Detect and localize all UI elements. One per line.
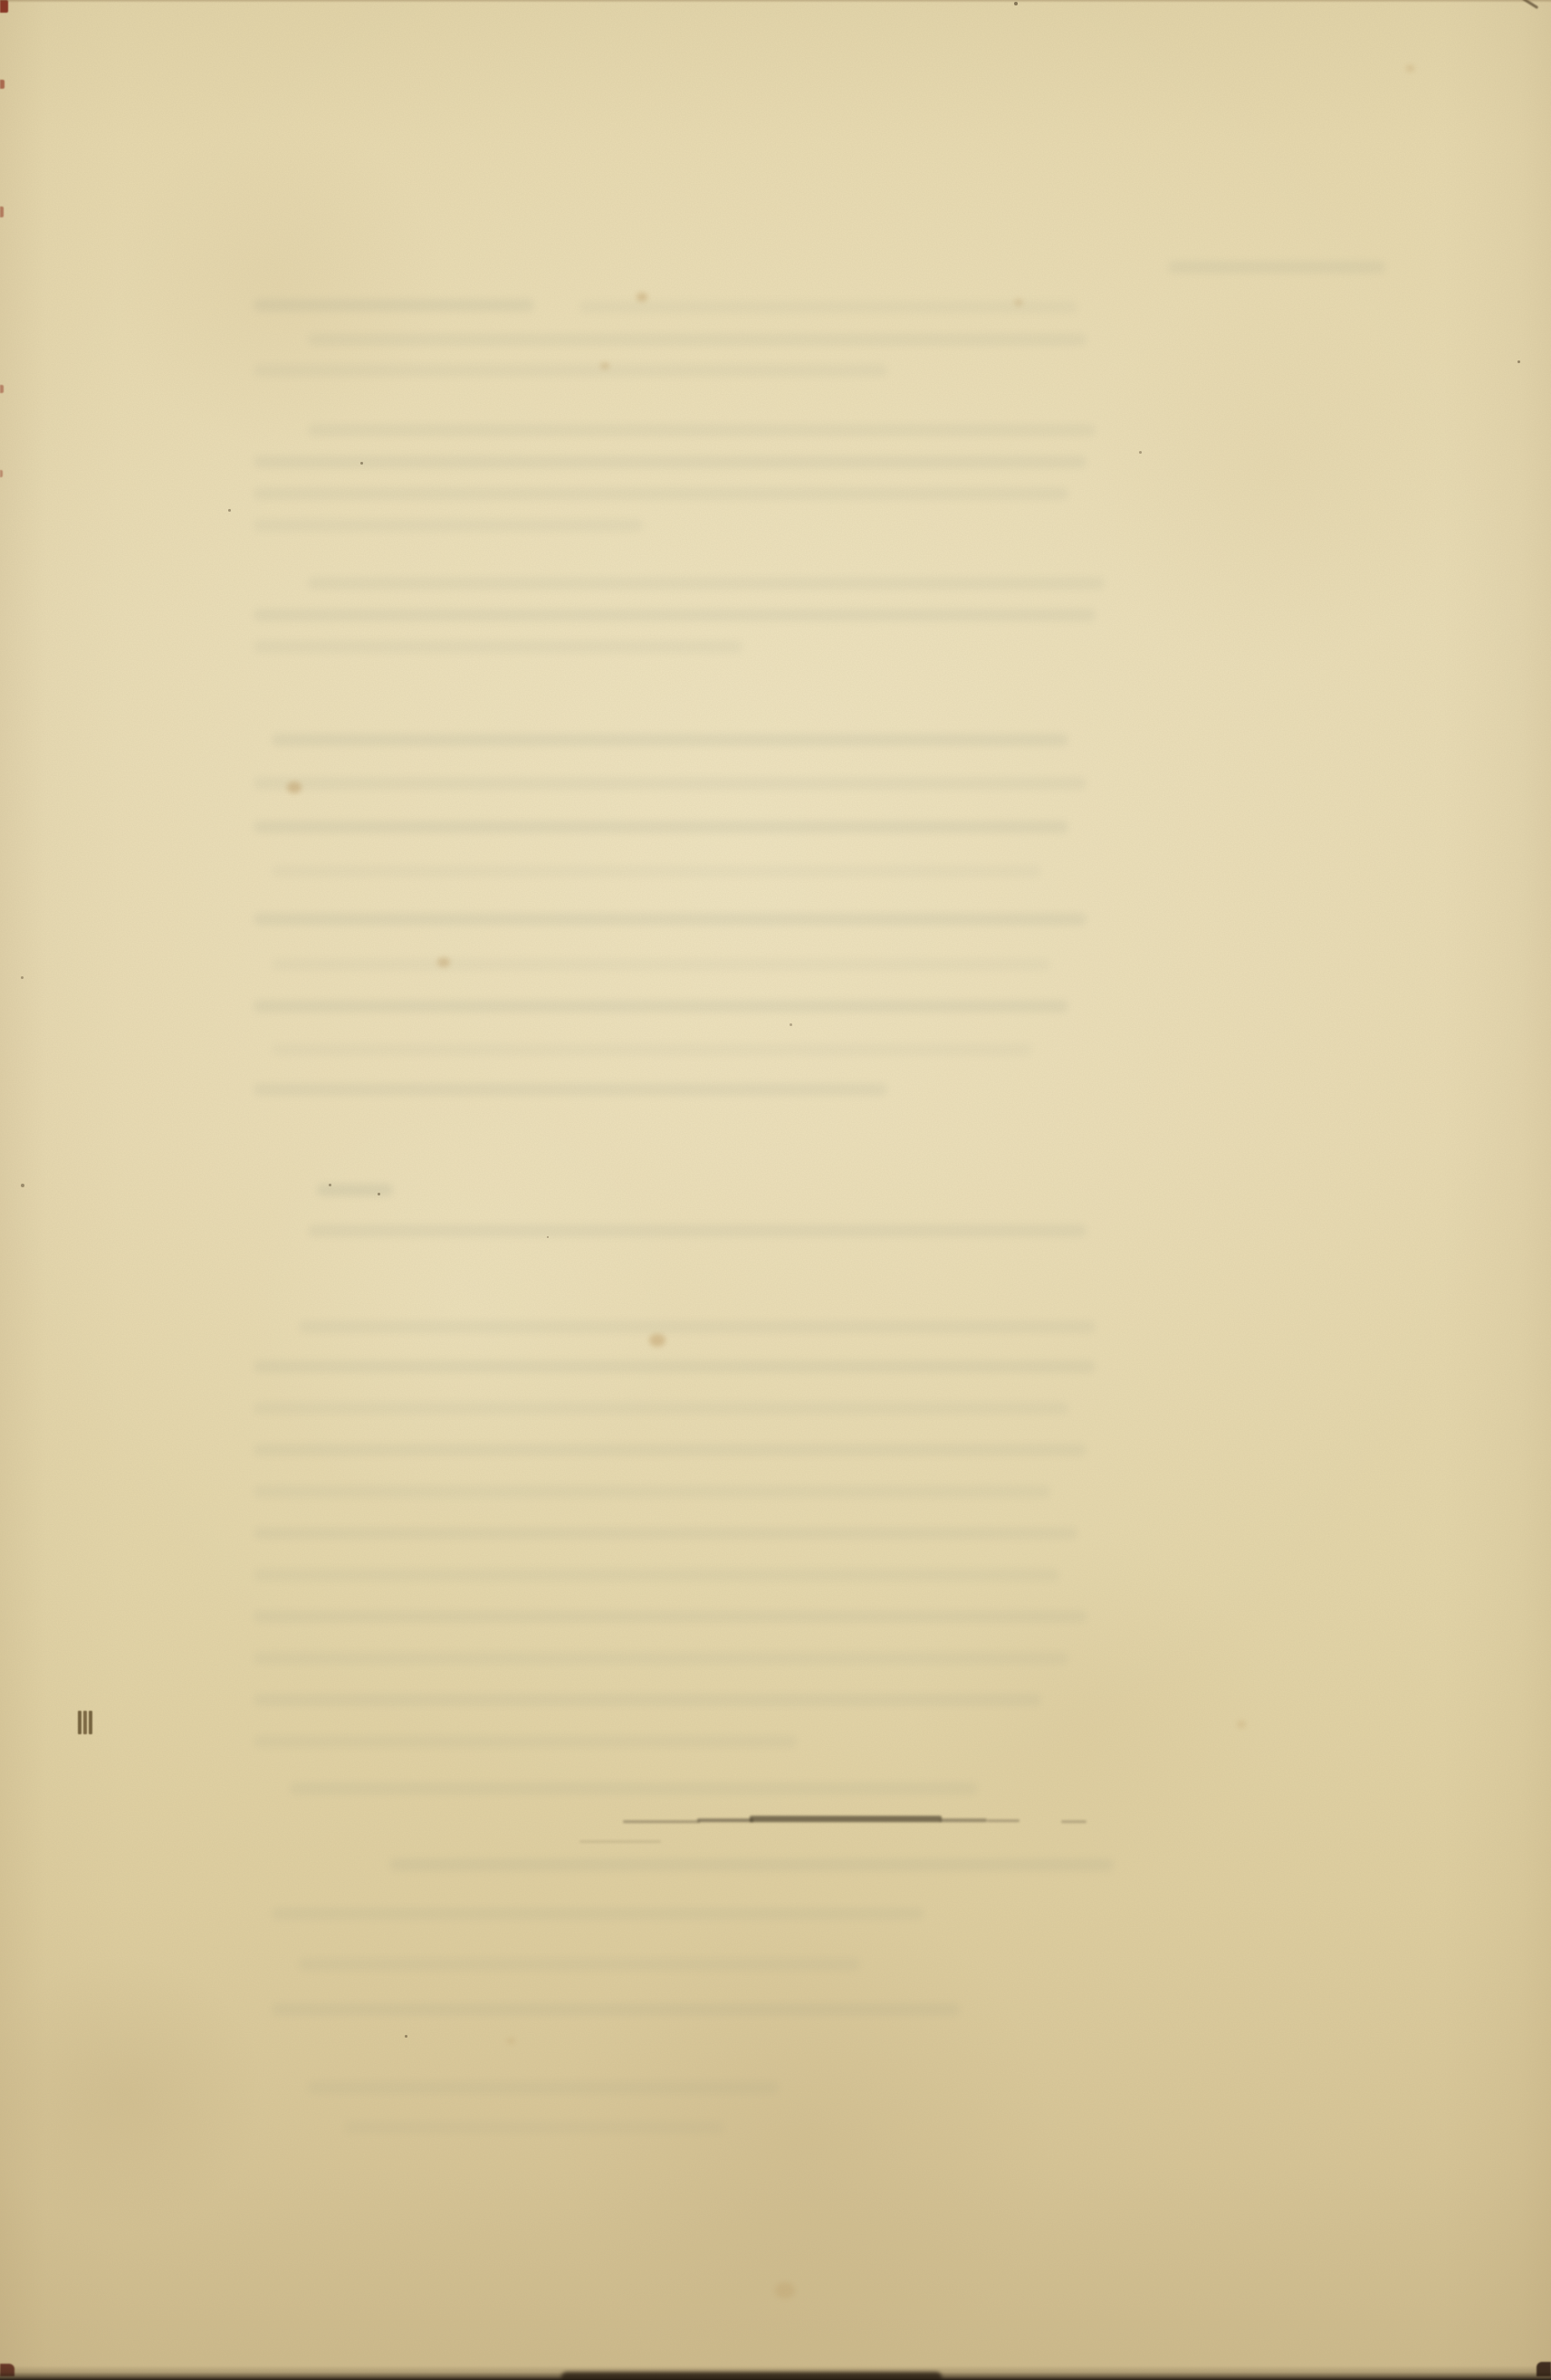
ink-bleed-segment — [940, 1819, 987, 1822]
edge-red-mark — [0, 470, 3, 477]
top-edge-shadow — [0, 0, 1551, 3]
bottom-edge-shadow — [0, 2366, 1551, 2380]
paper-grain — [0, 0, 1551, 2380]
ink-bleed-segment — [987, 1819, 1020, 1822]
foxing-spot — [637, 293, 647, 302]
ghost-text-line — [254, 456, 1087, 468]
left-edge-red-marks — [0, 0, 1551, 2380]
margin-ink-stroke — [83, 1711, 87, 1734]
margin-ink-mark — [78, 1711, 94, 1734]
ink-bleed-segment — [623, 1820, 700, 1823]
dust-speck — [329, 1184, 331, 1186]
ghost-text-line — [1168, 261, 1385, 274]
ghost-text-line — [299, 1320, 1096, 1333]
foxing-spot — [600, 362, 609, 369]
ghost-text-line — [272, 2003, 960, 2016]
ghost-text-line — [308, 333, 1087, 346]
ghost-text-line — [308, 424, 1096, 437]
ghost-text-line — [254, 640, 742, 653]
ghost-text-line — [272, 1907, 924, 1920]
dust-speck — [378, 1193, 380, 1195]
ghost-text-line — [254, 821, 1068, 833]
ghost-text-line — [254, 1083, 887, 1096]
ghost-text-line — [254, 487, 1068, 500]
ghost-text-line — [272, 865, 1041, 878]
bleedthrough-layer — [0, 0, 1551, 2380]
foxing-spot — [507, 2038, 515, 2044]
ghost-text-line — [290, 1782, 978, 1795]
ghost-text-line — [299, 1958, 860, 1971]
paper-grain-svg — [0, 0, 1551, 2380]
ghost-text-line — [254, 1652, 1068, 1665]
dust-speck — [1139, 451, 1142, 454]
dust-speck — [405, 2035, 407, 2038]
ghost-text-line — [254, 1569, 1059, 1581]
ghost-text-line — [254, 1735, 797, 1748]
ghost-text-line — [308, 1224, 1087, 1237]
ghost-text-line — [254, 1610, 1087, 1623]
ghost-text-line — [254, 364, 887, 377]
ghost-text-line — [254, 299, 534, 312]
scanned-page — [0, 0, 1551, 2380]
dust-speck — [21, 1184, 24, 1187]
ink-bleed-segment — [1061, 1820, 1087, 1823]
ghost-text-line — [272, 958, 1050, 971]
edge-red-mark — [0, 206, 4, 217]
edge-red-mark — [0, 385, 4, 393]
ghost-text-line — [254, 1360, 1096, 1373]
dust-speck — [360, 462, 363, 465]
ink-bleed-segment — [750, 1816, 942, 1822]
ghost-text-line — [344, 2121, 724, 2134]
ghost-text-line — [254, 777, 1087, 790]
ghost-text-line — [254, 1485, 1050, 1498]
paper-mottling — [0, 0, 1551, 2380]
ink-bleed-segment — [697, 1819, 753, 1822]
foxing-spot — [649, 1334, 665, 1347]
edge-red-mark — [0, 80, 5, 89]
ghost-text-line — [389, 1858, 1114, 1871]
ghost-text-line — [308, 577, 1105, 590]
ghost-text-line — [254, 1444, 1087, 1456]
ghost-text-line — [308, 2081, 779, 2094]
ghost-text-line — [254, 609, 1096, 621]
foxing-spot — [287, 782, 302, 793]
foxing-spot — [775, 2282, 795, 2298]
ghost-text-line — [272, 1043, 1032, 1056]
margin-ink-stroke — [78, 1711, 81, 1734]
ghost-text-line — [579, 301, 1077, 313]
dust-speck — [228, 509, 231, 512]
ghost-text-line — [254, 913, 1087, 926]
dust-speck — [21, 976, 24, 979]
ghost-text-line — [254, 1402, 1068, 1415]
dust-speck — [790, 1023, 792, 1026]
ink-bleed-line — [0, 0, 1551, 2380]
dust-speck — [1517, 360, 1520, 363]
foxing-spot — [437, 957, 450, 967]
margin-ink-stroke — [89, 1711, 92, 1734]
ink-bleed-echo — [579, 1840, 661, 1843]
foxing-spot — [1014, 299, 1023, 306]
ghost-text-line — [254, 519, 643, 532]
dust-speck — [547, 1236, 549, 1238]
foxing-spot — [1406, 65, 1414, 72]
ghost-text-line — [254, 1000, 1068, 1012]
ghost-text-line — [254, 1694, 1041, 1706]
foxing-spot — [1237, 1721, 1246, 1728]
ghost-text-line — [254, 1527, 1077, 1540]
ghost-text-line — [317, 1184, 393, 1196]
ghost-text-line — [272, 734, 1068, 746]
